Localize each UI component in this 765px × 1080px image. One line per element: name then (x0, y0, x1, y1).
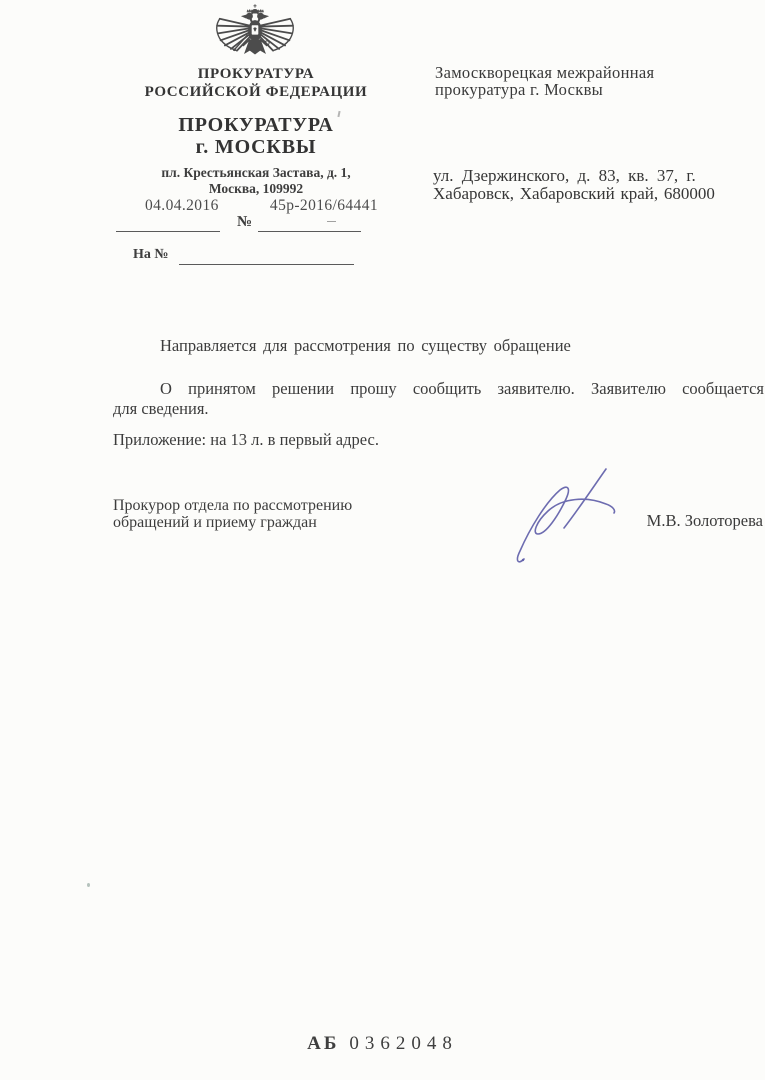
scan-artifact-speck (87, 883, 90, 887)
date-blank-line (116, 231, 220, 232)
body-paragraph-2-line1: О принятом решении прошу сообщить заявит… (113, 379, 764, 399)
recipient-address-line2: Хабаровск, Хабаровский край, 680000 (433, 184, 715, 204)
serial-prefix: АБ (307, 1033, 339, 1054)
scan-artifact-dash (327, 221, 336, 222)
signer-title-line1: Прокурор отдела по рассмотрению (113, 497, 352, 515)
attachment-note: Приложение: на 13 л. в первый адрес. (113, 430, 379, 450)
org-subname-line1: ПРОКУРАТУРА (100, 114, 412, 137)
signer-name: М.В. Золоторева (600, 511, 763, 531)
reply-number-blank-line (179, 264, 354, 265)
blank-serial-number: АБ0362048 (0, 1033, 765, 1055)
org-name-line2: РОССИЙСКОЙ ФЕДЕРАЦИИ (100, 84, 412, 101)
org-subname-line2: г. МОСКВЫ (100, 136, 412, 159)
recipient-address-line1: ул. Дзержинского, д. 83, кв. 37, г. (433, 166, 696, 186)
org-name-line1: ПРОКУРАТУРА (100, 66, 412, 83)
letter-date: 04.04.2016 (145, 197, 219, 215)
signer-title-line2: обращений и приему граждан (113, 514, 317, 532)
number-sign-label: № (237, 214, 252, 231)
reply-number-label: На № (133, 247, 168, 263)
date-number-row: 04.04.2016 45р-2016/64441 (145, 197, 378, 215)
russian-coat-of-arms-icon (212, 4, 298, 68)
number-blank-line (258, 231, 361, 232)
serial-digits: 0362048 (349, 1033, 458, 1054)
body-paragraph-1: Направляется для рассмотрения по существ… (113, 336, 571, 356)
letter-doc-number: 45р-2016/64441 (270, 197, 378, 215)
body-paragraph-2-line2: для сведения. (113, 399, 209, 419)
org-address-line1: пл. Крестьянская Застава, д. 1, (100, 165, 412, 181)
org-address-line2: Москва, 109992 (100, 181, 412, 197)
recipient-org-line2: прокуратура г. Москвы (435, 80, 603, 100)
scanned-letter-page: ПРОКУРАТУРА РОССИЙСКОЙ ФЕДЕРАЦИИ ПРОКУРА… (0, 0, 765, 1080)
